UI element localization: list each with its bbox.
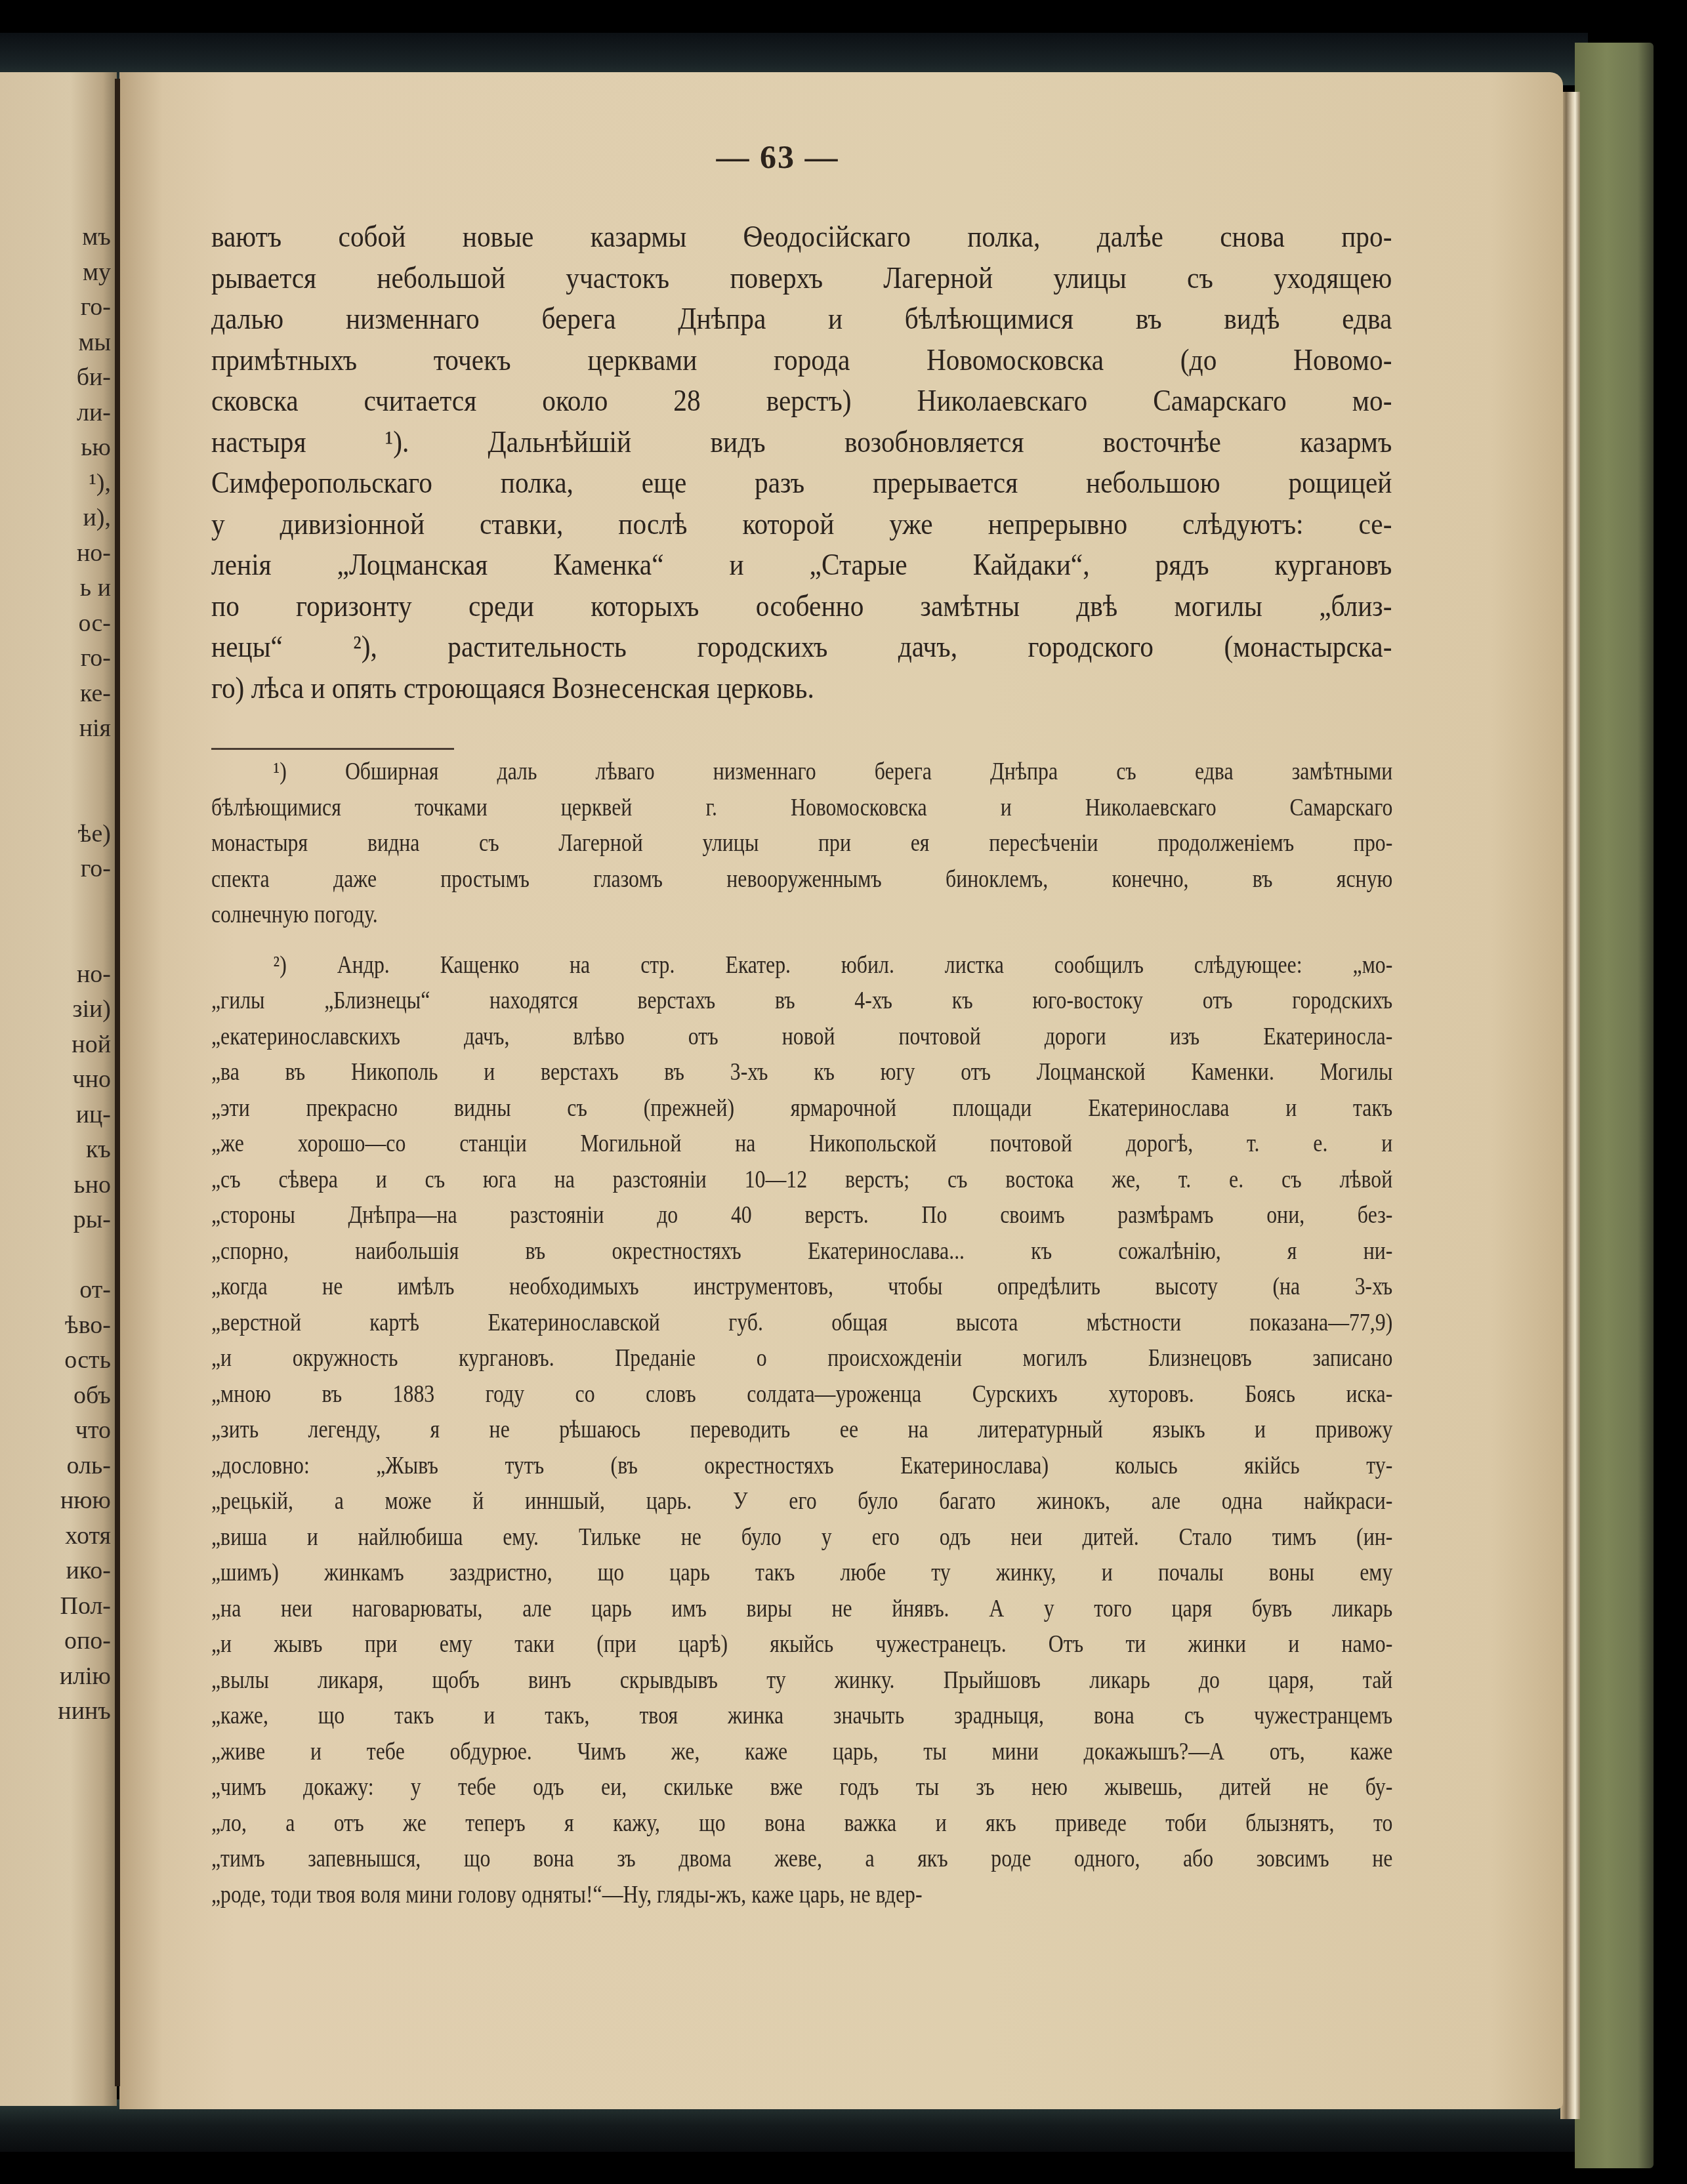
text-line: „стороны Днѣпра—на разстояніи до 40 верс…	[211, 1198, 1392, 1234]
text-line: ленія „Лоцманская Каменка“ и „Старые Кай…	[211, 545, 1392, 586]
text-line: „спорно, наибольшія въ окрестностяхъ Ека…	[211, 1234, 1392, 1270]
left-page-fragment: ной	[0, 1027, 115, 1063]
left-page-fragment: чно	[0, 1062, 115, 1098]
text-line: „дословно: „Жывъ тутъ (въ окрестностяхъ …	[211, 1449, 1392, 1485]
text-line: „каже, що такъ и такъ, твоя жинка значыт…	[211, 1699, 1392, 1735]
book-gutter	[115, 79, 120, 2086]
left-page-fragment: ь и	[0, 571, 115, 606]
text-line: ваютъ собой новые казармы Ѳеодосійскаго …	[211, 216, 1392, 258]
left-page-fragment	[0, 747, 115, 782]
left-page-fragment: иц-	[0, 1098, 115, 1133]
left-page-fragment: опо-	[0, 1624, 115, 1659]
text-line: „живе и тебе обдурюе. Чимъ же, каже царь…	[211, 1735, 1392, 1771]
left-page-fragment: но-	[0, 957, 115, 993]
left-page: мъмуго-мыби-ли-ью¹),и),но-ь иос-го-ке-ні…	[0, 72, 117, 2106]
text-line: „рецькій, а може й инншый, царь. У его б…	[211, 1484, 1392, 1520]
left-page-fragment: мъ	[0, 220, 115, 255]
left-page-fragment: ѣе)	[0, 817, 115, 852]
left-page-fragment: ры-	[0, 1203, 115, 1238]
left-page-fragment: го-	[0, 852, 115, 887]
left-page-fragment: илію	[0, 1659, 115, 1695]
text-line: „съ сѣвера и съ юга на разстояніи 10—12 …	[211, 1163, 1392, 1199]
page-edges	[1560, 92, 1580, 2119]
text-line: „гилы „Близнецы“ находятся верстахъ въ 4…	[211, 983, 1392, 1020]
left-page-fragment: от-	[0, 1273, 115, 1308]
left-page-fragment: ¹),	[0, 466, 115, 501]
left-page-fragment: му	[0, 255, 115, 291]
left-page-fragment: го-	[0, 641, 115, 676]
text-line: ²) Андр. Кащенко на стр. Екатер. юбил. л…	[211, 948, 1392, 984]
left-page-fragment	[0, 1238, 115, 1273]
main-body-text: ваютъ собой новые казармы Ѳеодосійскаго …	[211, 216, 1392, 709]
left-page-fragment: ли-	[0, 396, 115, 431]
left-page-fragment: ость	[0, 1343, 115, 1378]
left-page-fragment	[0, 887, 115, 922]
text-line: сковска считается около 28 верстъ) Никол…	[211, 381, 1392, 422]
left-page-fragment: би-	[0, 360, 115, 396]
text-line: „ло, а отъ же теперъ я кажу, що вона важ…	[211, 1806, 1392, 1842]
left-page-text-fragments: мъмуго-мыби-ли-ью¹),и),но-ь иос-го-ке-ні…	[0, 220, 115, 1729]
text-line: „роде, тоди твоя воля мини голову одняты…	[211, 1878, 1392, 1914]
left-page-fragment: къ	[0, 1132, 115, 1168]
text-line: „на неи наговарюваты, але царь имъ виры …	[211, 1592, 1392, 1628]
left-page-fragment: объ	[0, 1378, 115, 1414]
left-page-fragment: нія	[0, 711, 115, 747]
left-page-fragment: мы	[0, 325, 115, 361]
page-number: — 63 —	[712, 138, 843, 176]
text-line: нецы“ ²), растительность городскихъ дачъ…	[211, 627, 1392, 668]
text-line: „ва въ Никополь и верстахъ въ 3-хъ къ юг…	[211, 1055, 1392, 1091]
left-page-fragment: оль-	[0, 1449, 115, 1484]
text-line: „и жывъ при ему таки (при царѣ) якыйсь ч…	[211, 1627, 1392, 1663]
text-line: бѣлѣющимися точками церквей г. Новомоско…	[211, 791, 1392, 827]
left-page-fragment: что	[0, 1413, 115, 1449]
text-line: го) лѣса и опять строющаяся Вознесенская…	[211, 668, 1392, 709]
text-line: ¹) Обширная даль лѣваго низменнаго берег…	[211, 754, 1392, 791]
footnote-separator	[211, 748, 454, 750]
left-page-fragment: ке-	[0, 676, 115, 712]
text-line: „верстной картѣ Екатеринославской губ. о…	[211, 1306, 1392, 1342]
left-page-fragment: ью	[0, 430, 115, 466]
text-line: у дивизіонной ставки, послѣ которой уже …	[211, 504, 1392, 545]
text-line: примѣтныхъ точекъ церквами города Новомо…	[211, 340, 1392, 381]
text-line: настыря ¹). Дальнѣйшій видъ возобновляет…	[211, 422, 1392, 463]
text-line: рывается небольшой участокъ поверхъ Лаге…	[211, 258, 1392, 299]
left-page-fragment: ьно	[0, 1168, 115, 1203]
text-line: „шимъ) жинкамъ заздристно, що царь такъ …	[211, 1556, 1392, 1592]
text-line: Симферопольскаго полка, еще разъ прерыва…	[211, 463, 1392, 504]
left-page-fragment: ико-	[0, 1554, 115, 1589]
text-line: „и окружность кургановъ. Преданіе о прои…	[211, 1341, 1392, 1377]
left-page-fragment: нинъ	[0, 1694, 115, 1729]
left-page-fragment: нюю	[0, 1483, 115, 1519]
text-line: спекта даже простымъ глазомъ невооруженн…	[211, 862, 1392, 898]
text-line: „мною въ 1883 году со словъ солдата—урож…	[211, 1377, 1392, 1413]
text-line: по горизонту среди которыхъ особенно зам…	[211, 586, 1392, 627]
text-line: монастыря видна съ Лагерной улицы при ея…	[211, 826, 1392, 862]
text-line: „вылы ликаря, щобъ винъ скрывдывъ ту жин…	[211, 1663, 1392, 1699]
text-line: „когда не имѣлъ необходимыхъ инструменто…	[211, 1269, 1392, 1306]
left-page-fragment	[0, 781, 115, 817]
left-page-fragment: хотя	[0, 1519, 115, 1554]
left-page-fragment: и),	[0, 501, 115, 536]
text-line: солнечную погоду.	[211, 897, 1392, 934]
text-line: „зить легенду, я не рѣшаюсь переводить е…	[211, 1412, 1392, 1449]
left-page-fragment: зіи)	[0, 992, 115, 1027]
text-line: „виша и найлюбиша ему. Тильке не було у …	[211, 1520, 1392, 1556]
left-page-fragment: ѣво-	[0, 1308, 115, 1344]
left-page-fragment: но-	[0, 536, 115, 571]
book-cover-green-edge	[1575, 43, 1654, 2168]
left-page-fragment: го-	[0, 290, 115, 325]
text-line: „екатеринославскихъ дачъ, влѣво отъ ново…	[211, 1020, 1392, 1056]
left-page-fragment: ос-	[0, 606, 115, 642]
footnote-2: ²) Андр. Кащенко на стр. Екатер. юбил. л…	[211, 948, 1392, 1914]
text-line: „чимъ докажу: у тебе одъ еи, скильке вже…	[211, 1770, 1392, 1806]
footnote-1: ¹) Обширная даль лѣваго низменнаго берег…	[211, 754, 1392, 934]
text-line: „тимъ запевнышся, що вона зъ двома жеве,…	[211, 1842, 1392, 1878]
left-page-fragment: Пол-	[0, 1589, 115, 1624]
text-line: „же хорошо—со станціи Могильной на Никоп…	[211, 1126, 1392, 1163]
text-line: „эти прекрасно видны съ (прежней) ярмаро…	[211, 1091, 1392, 1127]
left-page-fragment	[0, 922, 115, 957]
footnotes: ¹) Обширная даль лѣваго низменнаго берег…	[211, 754, 1392, 1913]
text-line: далью низменнаго берега Днѣпра и бѣлѣющи…	[211, 299, 1392, 340]
